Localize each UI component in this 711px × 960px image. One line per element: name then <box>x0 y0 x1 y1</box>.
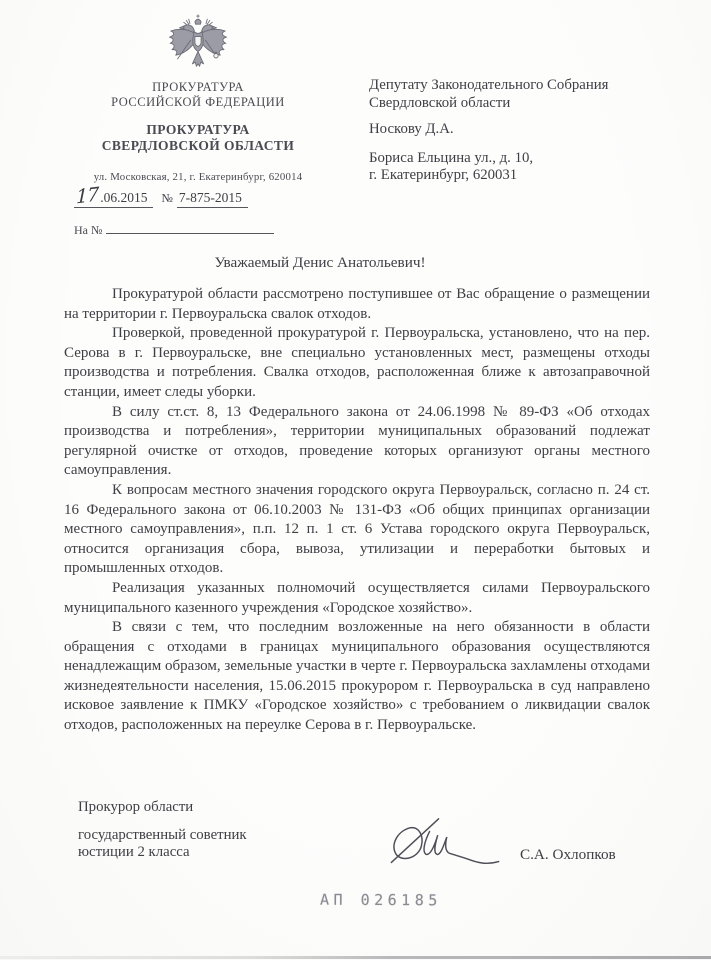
signer-rank: государственный советник юстиции 2 класс… <box>78 827 247 860</box>
org-federal-line1: ПРОКУРАТУРА <box>62 80 334 95</box>
coat-of-arms-icon <box>167 14 229 74</box>
scan-bottom-edge <box>0 956 711 959</box>
org-regional-line1: ПРОКУРАТУРА <box>62 122 334 138</box>
outgoing-number: 7-875-2015 <box>177 190 248 208</box>
recipient-block: Депутату Законодательного Собрания Сверд… <box>369 77 608 185</box>
date-field: 17.06.2015 <box>74 190 153 208</box>
recipient-address-line1: Бориса Ельцина ул., д. 10, <box>369 150 608 168</box>
org-name-regional: ПРОКУРАТУРА СВЕРДЛОВСКОЙ ОБЛАСТИ <box>62 122 334 154</box>
reply-ref-label: На № <box>74 223 102 237</box>
letter-body: Прокуратурой области рассмотрено поступи… <box>64 285 650 736</box>
recipient-address-line2: г. Екатеринбург, 620031 <box>369 167 608 185</box>
paragraph: Проверкой, проведенной прокуратурой г. П… <box>64 324 650 402</box>
signer-name: С.А. Охлопков <box>520 846 616 864</box>
stamp-number: АП 026185 <box>320 891 442 910</box>
handwritten-day: 17 <box>76 189 98 204</box>
salutation: Уважаемый Денис Анатольевич! <box>35 254 605 272</box>
paragraph: В силу ст.ст. 8, 13 Федерального закона … <box>64 403 650 481</box>
reference-number-row: На № <box>62 221 334 238</box>
signer-rank-line1: государственный советник <box>78 827 247 844</box>
org-name-federal: ПРОКУРАТУРА РОССИЙСКОЙ ФЕДЕРАЦИИ <box>62 80 334 110</box>
paragraph: Реализация указанных полномочий осуществ… <box>64 579 650 618</box>
recipient-line1: Депутату Законодательного Собрания <box>369 77 608 95</box>
org-regional-line2: СВЕРДЛОВСКОЙ ОБЛАСТИ <box>62 138 334 154</box>
scanned-letter-page: ПРОКУРАТУРА РОССИЙСКОЙ ФЕДЕРАЦИИ ПРОКУРА… <box>0 0 711 960</box>
org-address: ул. Московская, 21, г. Екатеринбург, 620… <box>62 171 334 183</box>
paragraph: Прокуратурой области рассмотрено поступи… <box>64 285 650 324</box>
signature-autograph-icon <box>384 817 506 867</box>
paragraph: В связи с тем, что последним возложенные… <box>64 618 650 736</box>
org-federal-line2: РОССИЙСКОЙ ФЕДЕРАЦИИ <box>62 95 334 110</box>
signer-position: Прокурор области <box>78 799 193 816</box>
recipient-line2: Свердловской области <box>369 95 608 113</box>
recipient-name: Носкову Д.А. <box>369 121 608 139</box>
date-and-number-row: 17.06.2015№7-875-2015 <box>62 190 334 208</box>
spacer <box>369 139 608 150</box>
number-sign: № <box>161 191 172 206</box>
reply-ref-blank-line <box>106 221 274 234</box>
date-printed: .06.2015 <box>100 190 147 205</box>
letterhead-block: ПРОКУРАТУРА РОССИЙСКОЙ ФЕДЕРАЦИИ ПРОКУРА… <box>62 14 334 238</box>
spacer <box>369 112 608 121</box>
signer-rank-line2: юстиции 2 класса <box>78 844 247 861</box>
paragraph: К вопросам местного значения городского … <box>64 481 650 579</box>
